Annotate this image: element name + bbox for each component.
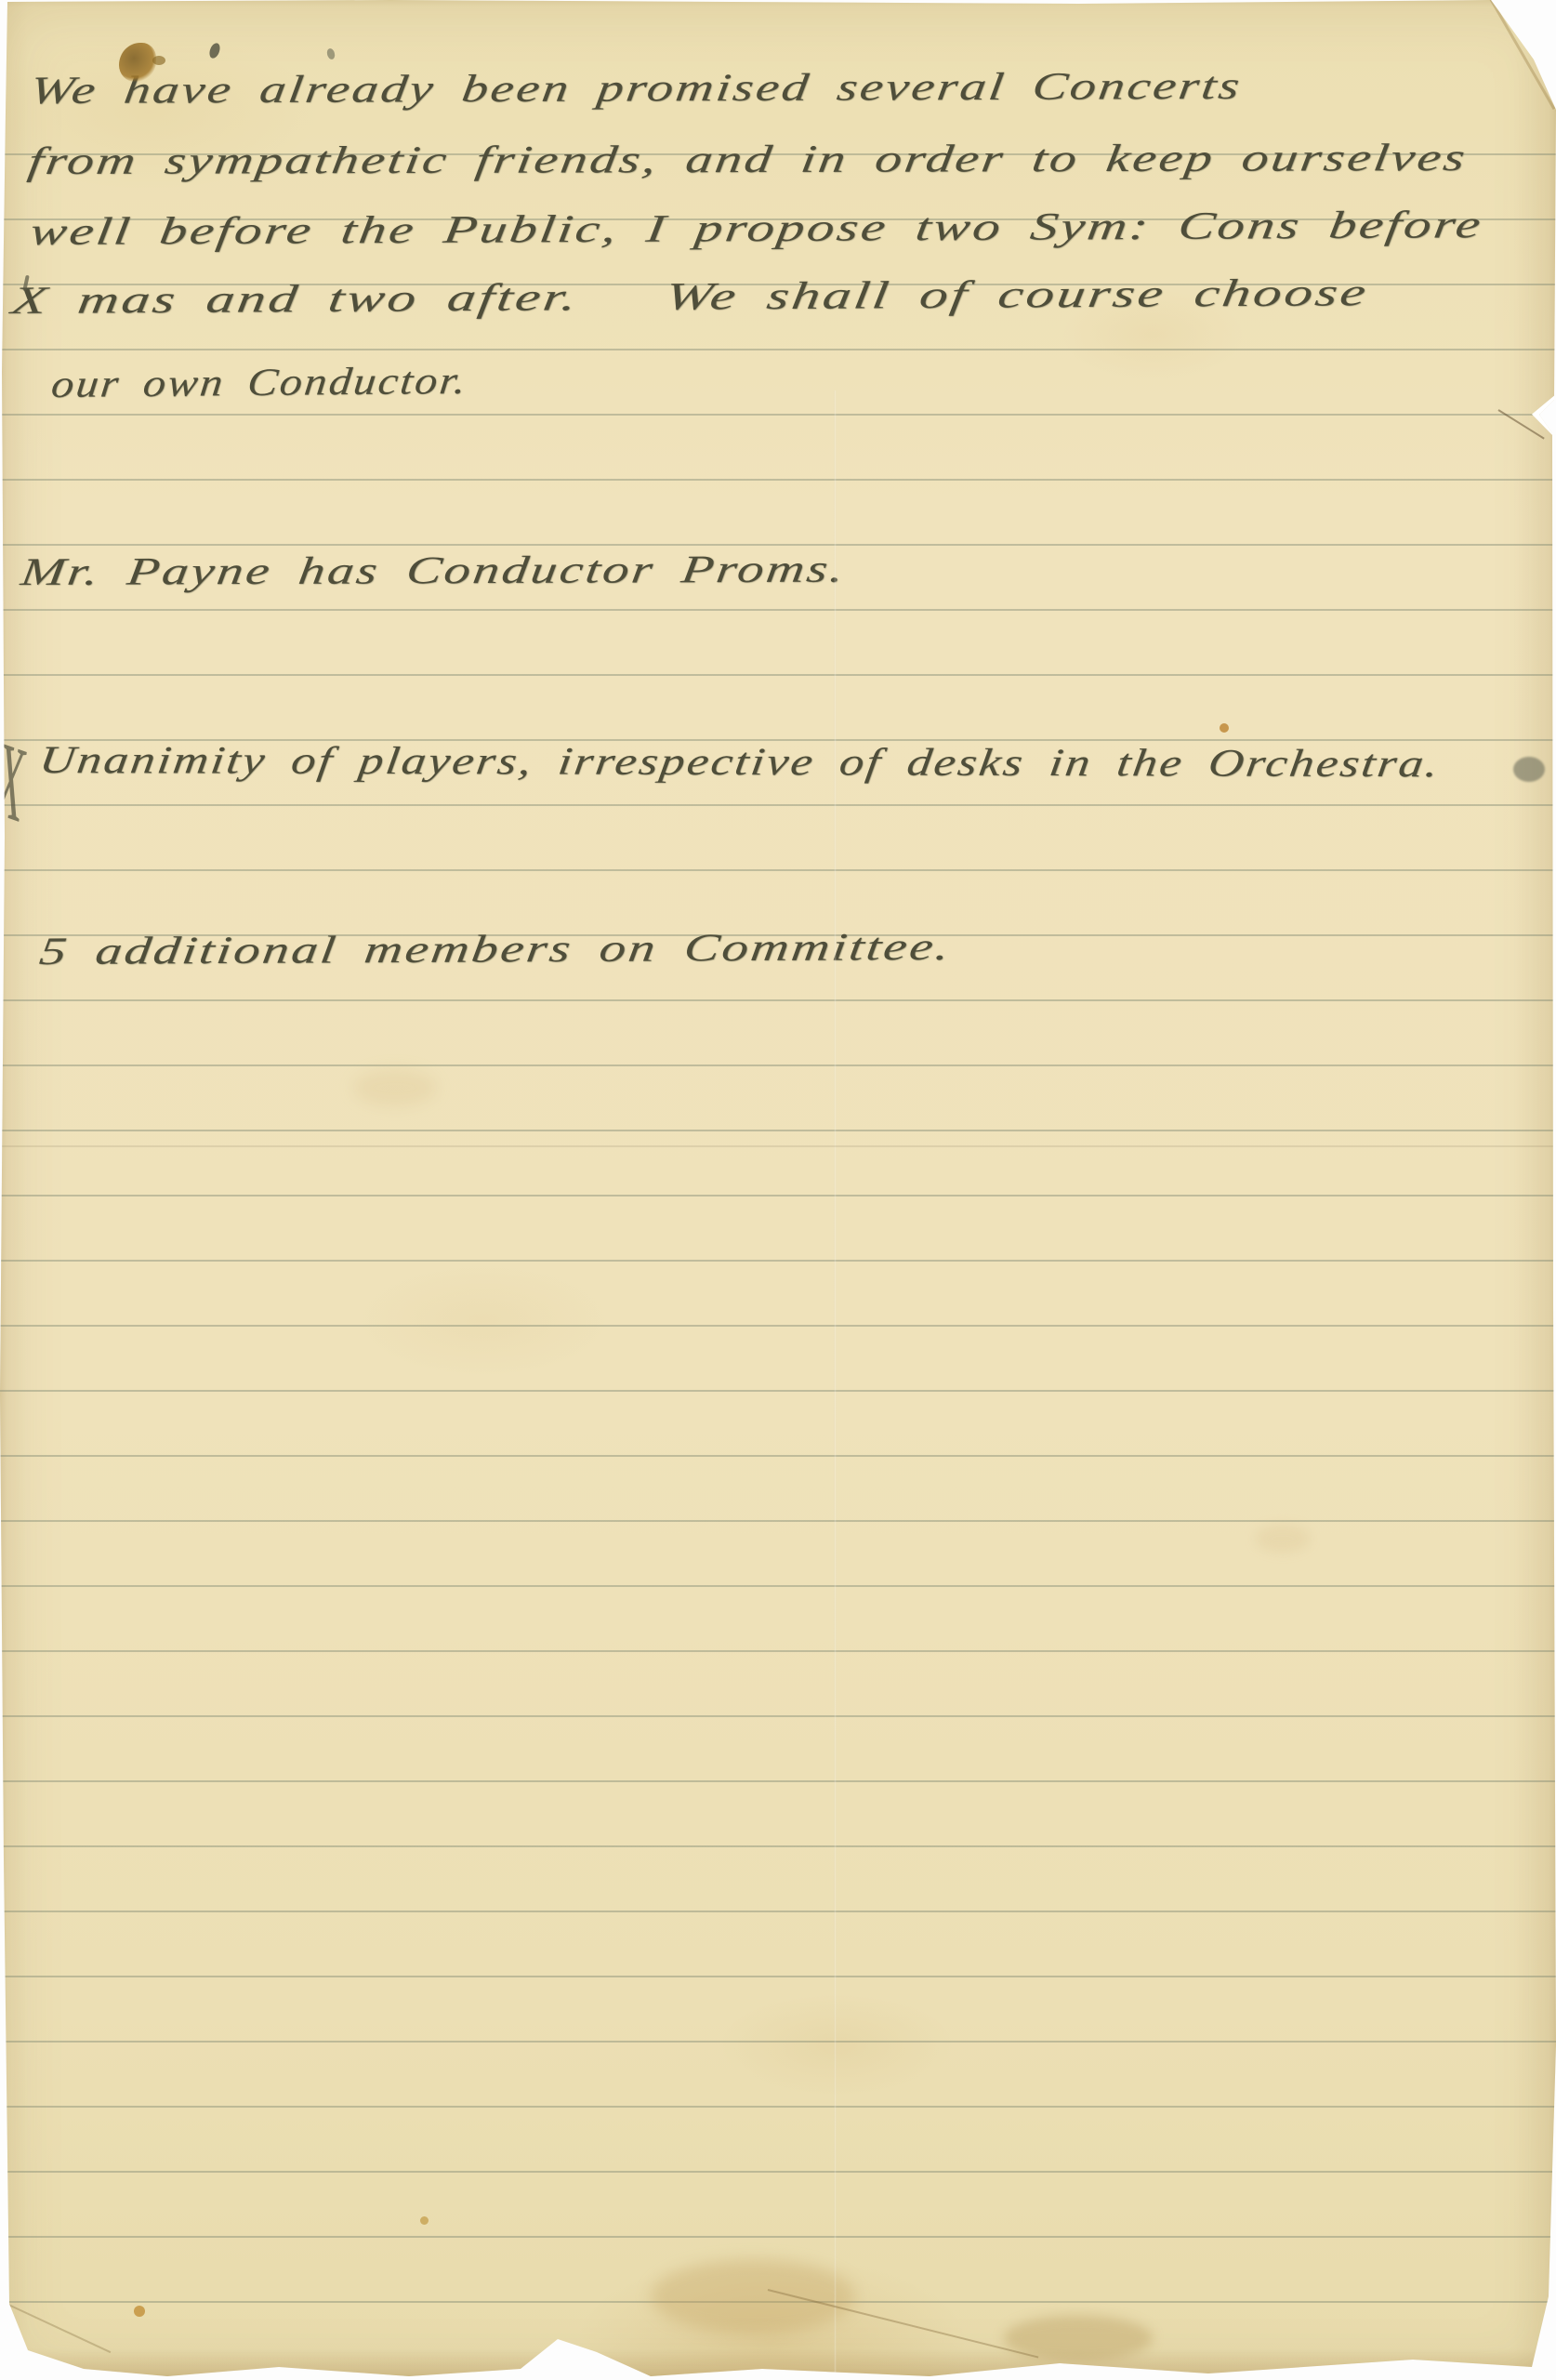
handwritten-line: well before the Public, I propose two Sy… xyxy=(27,203,1485,255)
handwritten-line: Mr. Payne has Conductor Proms. xyxy=(18,548,849,596)
age-stain xyxy=(1004,2315,1153,2361)
age-stain xyxy=(651,2259,855,2334)
ruled-lines xyxy=(0,90,1556,2340)
ink-blot-tail xyxy=(152,56,165,65)
foxing-spot xyxy=(134,2306,145,2317)
foxing-spot xyxy=(1220,723,1229,733)
handwritten-line: We have already been promised several Co… xyxy=(28,64,1245,113)
bottom-tear-flap xyxy=(521,2339,604,2380)
handwritten-line: our own Conductor. xyxy=(49,359,470,407)
x-margin-mark: X xyxy=(0,723,27,841)
ink-fleck xyxy=(326,47,336,60)
scan-background: We have already been promised several Co… xyxy=(0,0,1556,2380)
vertical-crease xyxy=(834,390,837,2380)
foxing-spot xyxy=(420,2216,429,2225)
horizontal-crease xyxy=(0,1145,1556,1147)
age-stain xyxy=(1255,1525,1311,1553)
edge-tear-crease xyxy=(1497,409,1544,439)
ink-smudge xyxy=(1513,757,1545,782)
corner-cut-shadow xyxy=(1490,0,1556,110)
handwritten-line: Unanimity of players, irrespective of de… xyxy=(36,738,1443,787)
handwritten-line: from sympathetic friends, and in order t… xyxy=(25,136,1470,184)
paper-sheet: We have already been promised several Co… xyxy=(0,0,1556,2380)
handwritten-line: X mas and two after. We shall of course … xyxy=(8,271,1371,324)
age-stain xyxy=(353,1069,437,1106)
handwritten-line: 5 additional members on Committee. xyxy=(37,925,955,974)
ink-fleck xyxy=(207,42,221,59)
corner-crease xyxy=(768,2289,1039,2359)
edge-tear xyxy=(1532,394,1556,439)
corner-crease xyxy=(0,2296,111,2353)
